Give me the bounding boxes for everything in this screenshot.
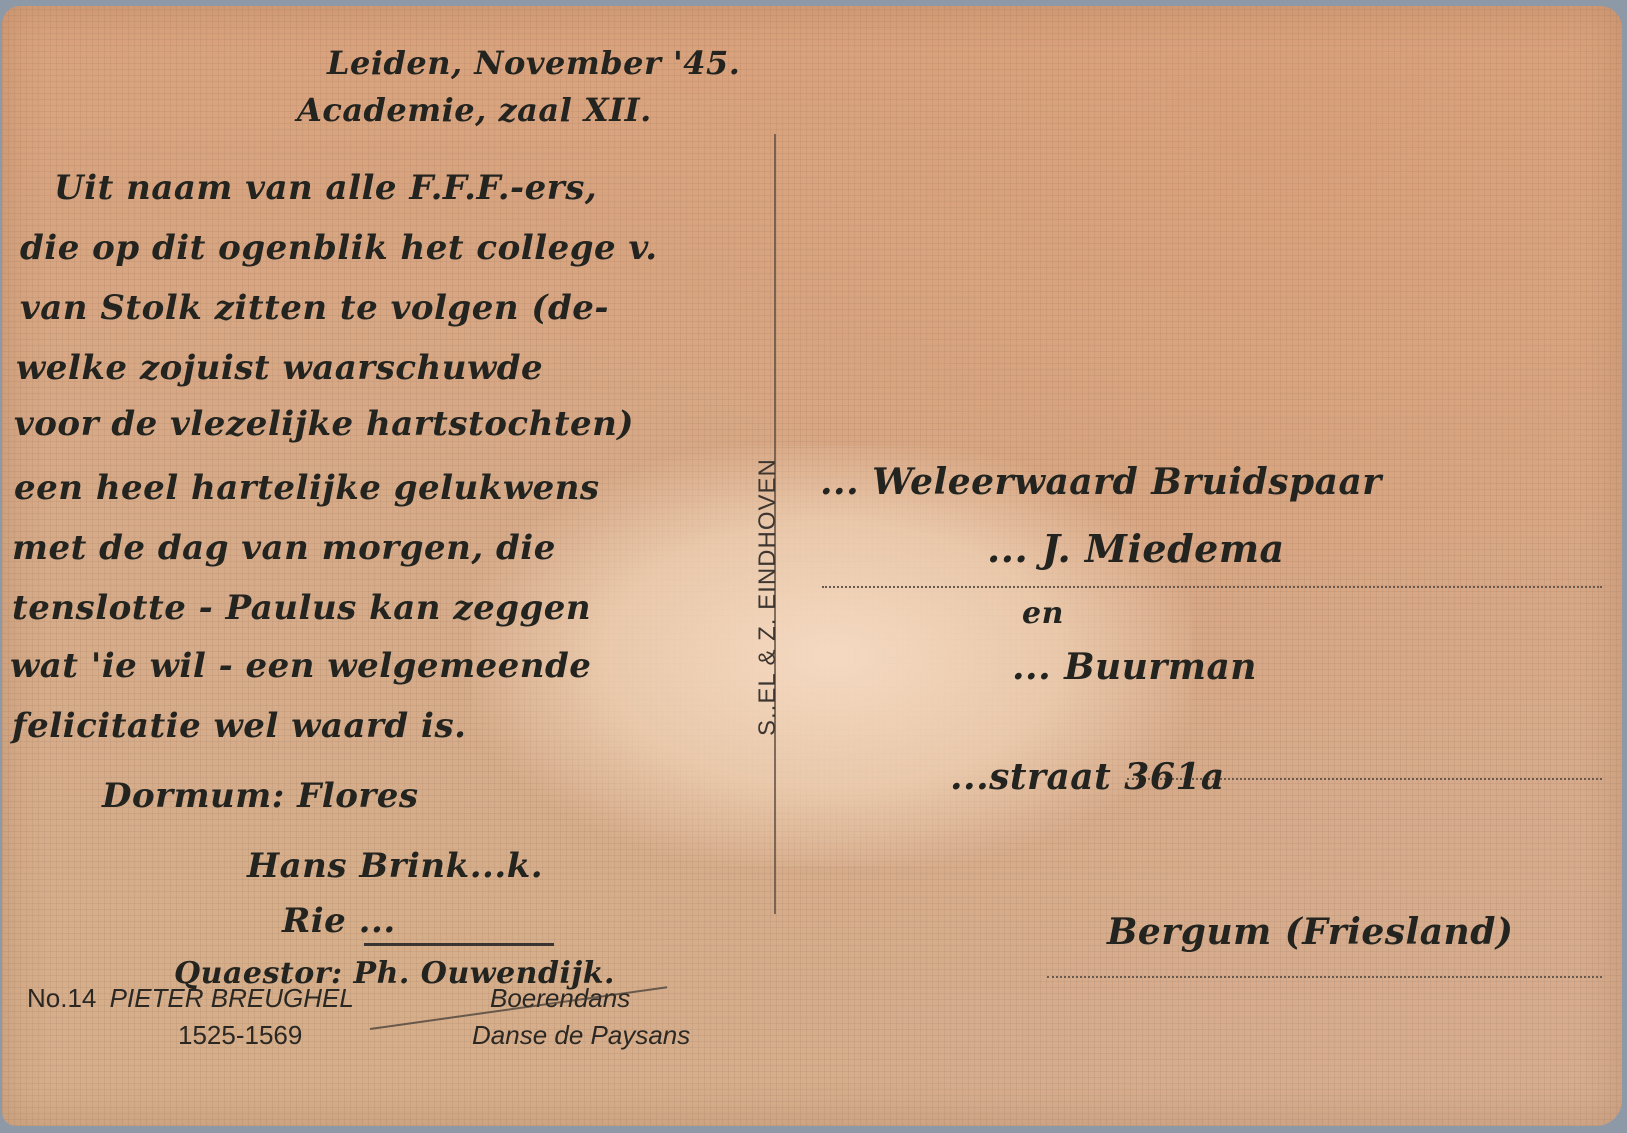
caption-artist-line: No.14 PIETER BREUGHEL [27, 983, 354, 1014]
postcard: Leiden, November '45. Academie, zaal XII… [2, 6, 1622, 1126]
message-line: wat 'ie wil - een welgemeende [10, 646, 591, 686]
message-line: met de dag van morgen, die [12, 528, 556, 568]
address-city: Bergum (Friesland) [1107, 911, 1513, 953]
message-line: Dormum: Flores [102, 776, 419, 816]
place-date: Leiden, November '45. [327, 44, 740, 82]
signature: Hans Brink...k. [247, 846, 543, 886]
message-line: een heel hartelijke gelukwens [14, 468, 600, 508]
message-line: voor de vlezelijke hartstochten) [14, 404, 634, 444]
address-conjunction: en [1022, 596, 1064, 631]
address-street: ...straat 361a [950, 756, 1225, 798]
address-line [822, 586, 1602, 588]
message-line: die op dit ogenblik het college v. [20, 228, 658, 268]
caption-years: 1525-1569 [178, 1020, 302, 1051]
message-line: felicitatie wel waard is. [12, 706, 466, 746]
signature: Rie ... [282, 901, 396, 941]
location: Academie, zaal XII. [297, 91, 652, 129]
message-line: welke zojuist waarschuwde [16, 348, 543, 388]
address-name1: ... J. Miedema [987, 526, 1285, 571]
address-name2: ... Buurman [1012, 646, 1257, 688]
message-line: van Stolk zitten te volgen (de- [20, 288, 609, 328]
caption-artist: PIETER BREUGHEL [110, 983, 354, 1013]
caption-title-fr: Danse de Paysans [472, 1020, 690, 1051]
publisher-imprint: S..EL & Z. EINDHOVEN [754, 458, 782, 736]
caption-number: No.14 [27, 983, 96, 1013]
message-line: Uit naam van alle F.F.F.-ers, [54, 168, 597, 208]
signature-underline [364, 943, 554, 946]
address-line [1047, 976, 1602, 978]
address-salutation: ... Weleerwaard Bruidspaar [820, 461, 1382, 503]
message-line: tenslotte - Paulus kan zeggen [12, 588, 591, 628]
